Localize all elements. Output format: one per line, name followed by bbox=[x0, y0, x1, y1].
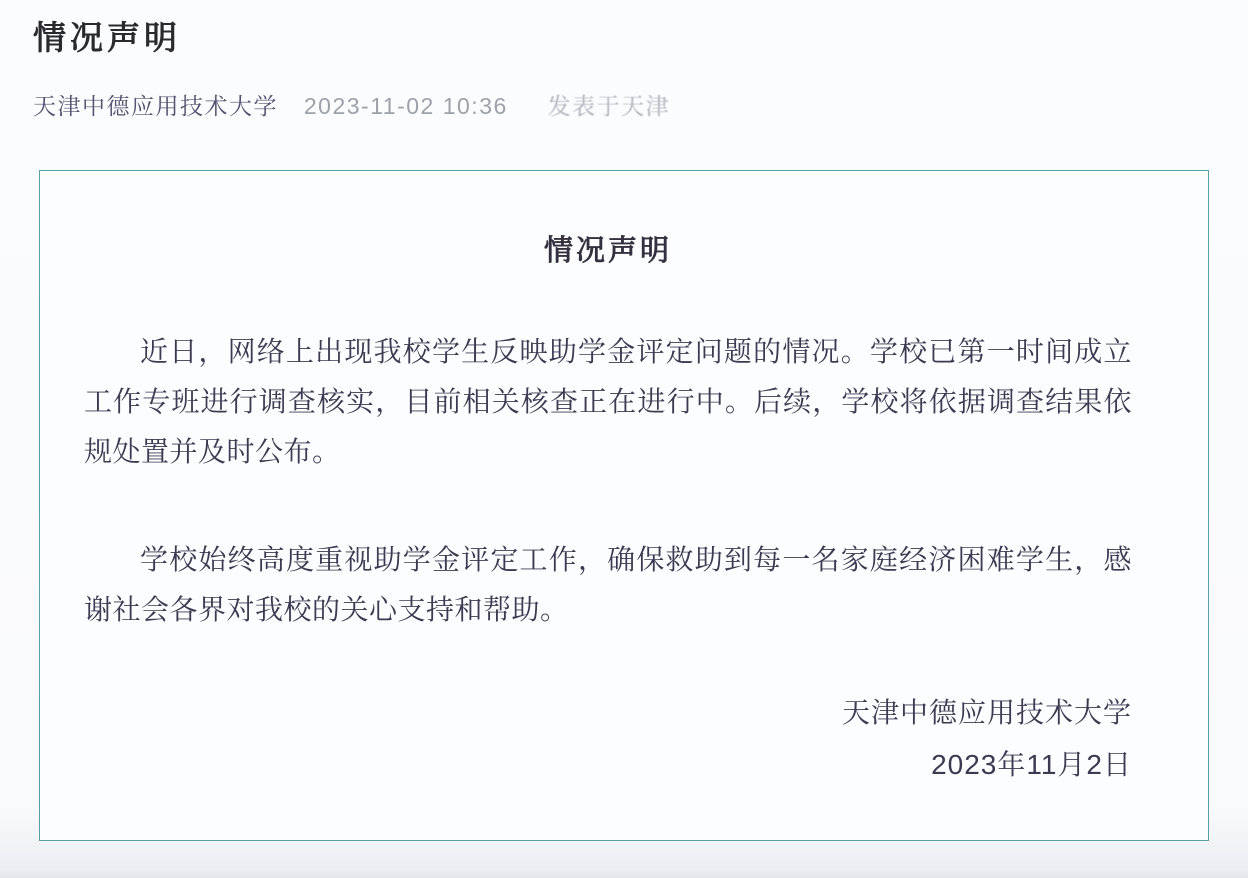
publish-timestamp: 2023-11-02 10:36 bbox=[304, 93, 508, 119]
publish-location: 发表于天津 bbox=[548, 93, 671, 119]
article-meta: 天津中德应用技术大学 2023-11-02 10:36 发表于天津 bbox=[33, 88, 670, 121]
page-title: 情况声明 bbox=[33, 12, 181, 59]
signature-date: 2023年11月2日 bbox=[84, 739, 1132, 791]
article-page: 情况声明 天津中德应用技术大学 2023-11-02 10:36 发表于天津 情… bbox=[0, 0, 1248, 878]
statement-title: 情况声明 bbox=[84, 231, 1132, 271]
statement-paragraph-2: 学校始终高度重视助学金评定工作，确保救助到每一名家庭经济困难学生，感谢社会各界对… bbox=[84, 535, 1132, 635]
statement-box: 情况声明 近日，网络上出现我校学生反映助学金评定问题的情况。学校已第一时间成立工… bbox=[39, 170, 1209, 841]
signature-block: 天津中德应用技术大学 2023年11月2日 bbox=[84, 687, 1132, 791]
signature-name: 天津中德应用技术大学 bbox=[84, 687, 1132, 739]
statement-paragraph-1: 近日，网络上出现我校学生反映助学金评定问题的情况。学校已第一时间成立工作专班进行… bbox=[84, 327, 1132, 477]
account-name-link[interactable]: 天津中德应用技术大学 bbox=[33, 93, 278, 119]
